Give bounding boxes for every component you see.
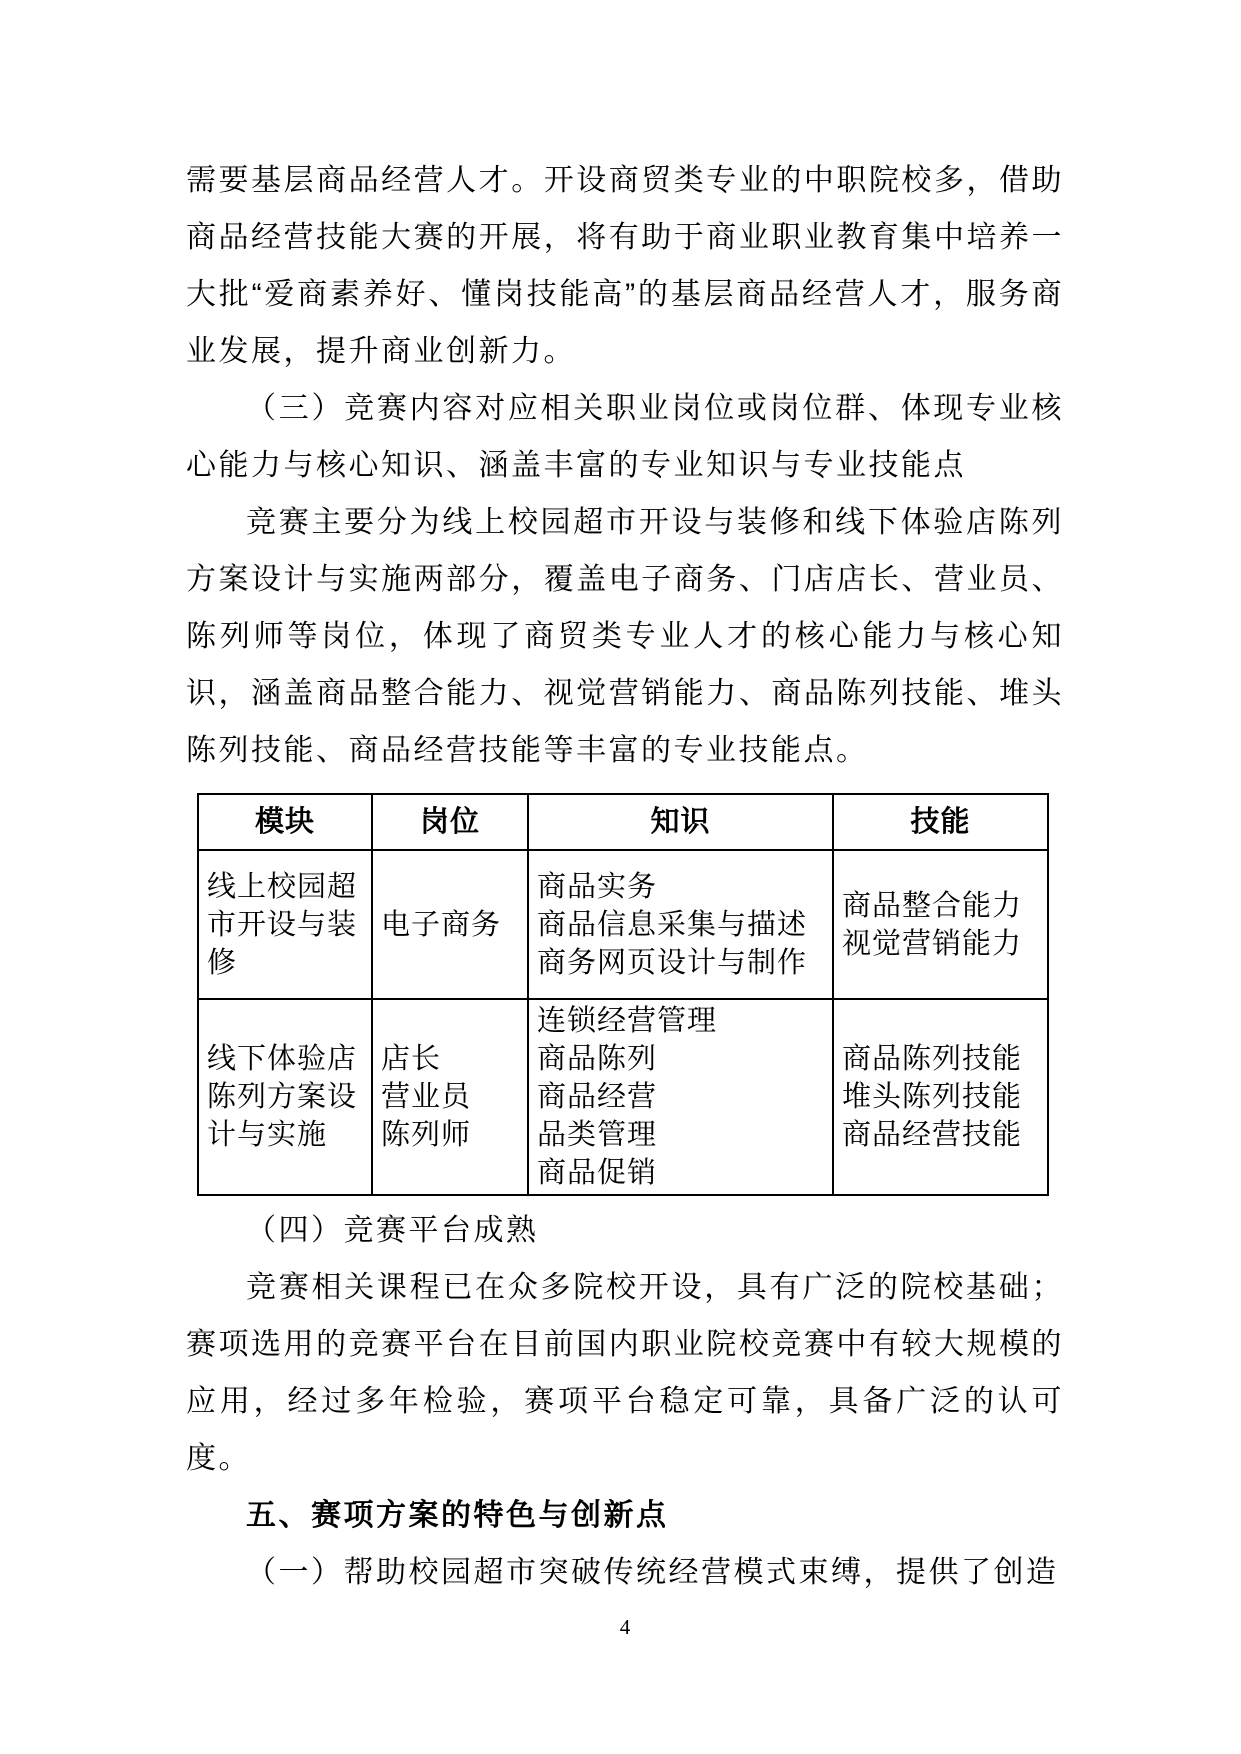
- table-cell-knowledge: 连锁经营管理 商品陈列 商品经营 品类管理 商品促销: [528, 999, 833, 1195]
- table-row: 线上校园超市开设与装修 电子商务 商品实务 商品信息采集与描述 商务网页设计与制…: [198, 850, 1048, 999]
- page-content: 需要基层商品经营人才。开设商贸类专业的中职院校多，借助商品经营技能大赛的开展，将…: [186, 152, 1064, 1639]
- section-heading-3: （三）竞赛内容对应相关职业岗位或岗位群、体现专业核心能力与核心知识、涵盖丰富的专…: [186, 380, 1064, 494]
- document-page: 需要基层商品经营人才。开设商贸类专业的中职院校多，借助商品经营技能大赛的开展，将…: [0, 0, 1241, 1754]
- para-continued-from-previous-page: 需要基层商品经营人才。开设商贸类专业的中职院校多，借助商品经营技能大赛的开展，将…: [186, 152, 1064, 380]
- table-cell-module: 线上校园超市开设与装修: [198, 850, 372, 999]
- module-post-knowledge-skill-table: 模块 岗位 知识 技能 线上校园超市开设与装修 电子商务 商品实务 商品信息采集…: [197, 793, 1049, 1196]
- table-cell-knowledge: 商品实务 商品信息采集与描述 商务网页设计与制作: [528, 850, 833, 999]
- para-platform-maturity: 竞赛相关课程已在众多院校开设，具有广泛的院校基础；赛项选用的竞赛平台在目前国内职…: [186, 1259, 1064, 1487]
- table-cell-skill: 商品陈列技能 堆头陈列技能 商品经营技能: [833, 999, 1048, 1195]
- table-cell-post: 电子商务: [372, 850, 528, 999]
- para-competition-overview: 竞赛主要分为线上校园超市开设与装修和线下体验店陈列方案设计与实施两部分，覆盖电子…: [186, 494, 1064, 779]
- section-heading-5: 五、赛项方案的特色与创新点: [186, 1487, 1064, 1544]
- header-cell-skill: 技能: [833, 794, 1048, 850]
- header-cell-post: 岗位: [372, 794, 528, 850]
- table-header-row: 模块 岗位 知识 技能: [198, 794, 1048, 850]
- table-cell-post: 店长 营业员 陈列师: [372, 999, 528, 1195]
- page-number: 4: [186, 1615, 1064, 1639]
- para-feature-item-1: （一）帮助校园超市突破传统经营模式束缚，提供了创造: [186, 1544, 1064, 1601]
- header-cell-module: 模块: [198, 794, 372, 850]
- table-row: 线下体验店陈列方案设计与实施 店长 营业员 陈列师 连锁经营管理 商品陈列 商品…: [198, 999, 1048, 1195]
- section-heading-4: （四）竞赛平台成熟: [186, 1202, 1064, 1259]
- header-cell-knowledge: 知识: [528, 794, 833, 850]
- table-cell-skill: 商品整合能力 视觉营销能力: [833, 850, 1048, 999]
- table-cell-module: 线下体验店陈列方案设计与实施: [198, 999, 372, 1195]
